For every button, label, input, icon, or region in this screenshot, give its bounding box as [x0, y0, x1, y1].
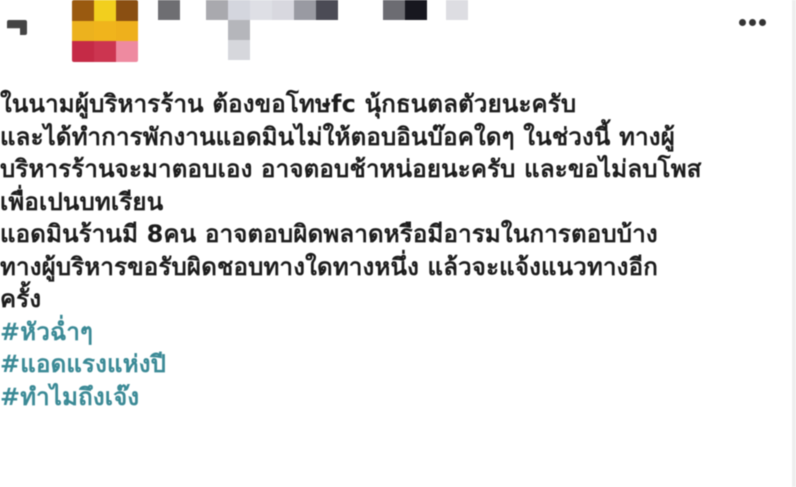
post-text-line: แอดมินร้านมี 8คน อาจตอบผิดพลาดหรือมีอารม… — [0, 218, 790, 251]
hashtag-link[interactable]: #แอดแรงแห่งปี — [0, 348, 790, 381]
hashtag-link[interactable]: #หัวฉ่ำๆ — [0, 316, 790, 349]
avatar-pixel — [94, 21, 116, 42]
window-edge — [792, 0, 796, 487]
name-pixel — [405, 0, 427, 20]
more-options-button[interactable] — [730, 10, 774, 34]
name-pixel — [228, 20, 250, 40]
avatar-pixel — [94, 0, 116, 21]
avatar-pixel — [116, 41, 138, 62]
hashtag-link[interactable]: #ทำไมถึงเจ๊ง — [0, 381, 790, 414]
name-pixel — [272, 0, 294, 20]
avatar-pixel — [116, 21, 138, 42]
name-pixel — [228, 40, 250, 60]
social-post: ในนามผู้บริหารร้าน ต้องขอโทษfc นุ้กธนตลต… — [0, 0, 796, 487]
name-pixel — [383, 0, 405, 20]
post-text-line: เพื่อเปนบทเรียน — [0, 186, 790, 219]
avatar-pixel — [94, 41, 116, 62]
post-text-line: และได้ทำการพักงานแอดมินไม่ให้ตอบอินบ๊อคใ… — [0, 121, 790, 154]
post-text-line: ทางผู้บริหารขอรับผิดชอบทางใดทางหนึ่ง แล้… — [0, 251, 790, 284]
post-text-line: ในนามผู้บริหารร้าน ต้องขอโทษfc นุ้กธนตลต… — [0, 88, 790, 121]
post-body: ในนามผู้บริหารร้าน ต้องขอโทษfc นุ้กธนตลต… — [0, 88, 790, 413]
avatar-pixel — [72, 41, 94, 62]
more-options-icon — [749, 19, 756, 26]
avatar-pixel — [72, 0, 94, 21]
name-pixel — [250, 0, 272, 20]
name-pixel — [446, 0, 468, 20]
name-pixel — [294, 0, 316, 20]
post-text-line: บริหารร้านจะมาตอบเอง อาจตอบช้าหน่อยนะครั… — [0, 153, 790, 186]
name-pixel — [316, 0, 338, 20]
more-options-icon — [759, 19, 766, 26]
back-arrow-icon[interactable] — [7, 20, 27, 35]
name-pixel — [206, 0, 228, 20]
avatar-censored[interactable] — [72, 0, 138, 62]
more-options-icon — [739, 19, 746, 26]
avatar-pixel — [72, 21, 94, 42]
avatar-pixel — [116, 0, 138, 21]
name-pixel — [228, 0, 250, 20]
name-pixel — [158, 0, 180, 20]
post-text-line: ครั้ง — [0, 283, 790, 316]
